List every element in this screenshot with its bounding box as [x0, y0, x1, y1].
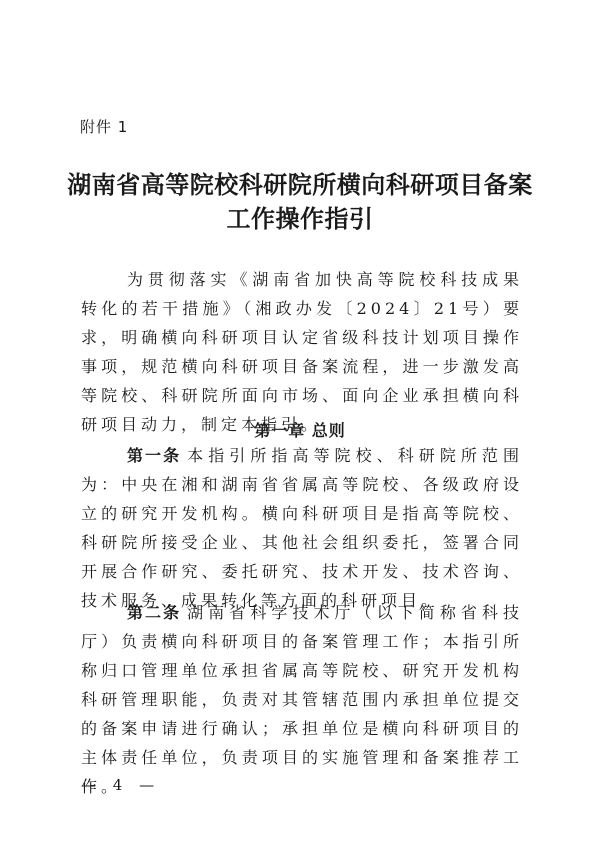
- preface-paragraph: 为贯彻落实《湖南省加快高等院校科技成果转化的若干措施》（湘政办发〔2024〕21…: [81, 265, 523, 439]
- chapter-heading: 第一章 总则: [0, 418, 600, 441]
- article-text: 本指引所指高等院校、科研院所范围为：中央在湘和湖南省省属高等院校、各级政府设立的…: [81, 446, 523, 610]
- preface-text: 为贯彻落实《湖南省加快高等院校科技成果转化的若干措施》（湘政办发〔2024〕21…: [81, 265, 523, 439]
- page-number: — 4 —: [81, 776, 160, 794]
- document-title-line-2: 工作操作指引: [0, 199, 600, 234]
- article-1: 第一条本指引所指高等院校、科研院所范围为：中央在湘和湖南省省属高等院校、各级政府…: [81, 441, 523, 615]
- article-label: 第二条: [127, 603, 181, 622]
- article-text: 湖南省科学技术厅（以下简称省科技厅）负责横向科研项目的备案管理工作；本指引所称归…: [81, 603, 523, 796]
- attachment-label: 附件 1: [80, 116, 128, 137]
- document-title-line-1: 湖南省高等院校科研院所横向科研项目备案: [0, 165, 600, 200]
- article-2: 第二条湖南省科学技术厅（以下简称省科技厅）负责横向科研项目的备案管理工作；本指引…: [81, 598, 523, 801]
- article-label: 第一条: [127, 446, 181, 465]
